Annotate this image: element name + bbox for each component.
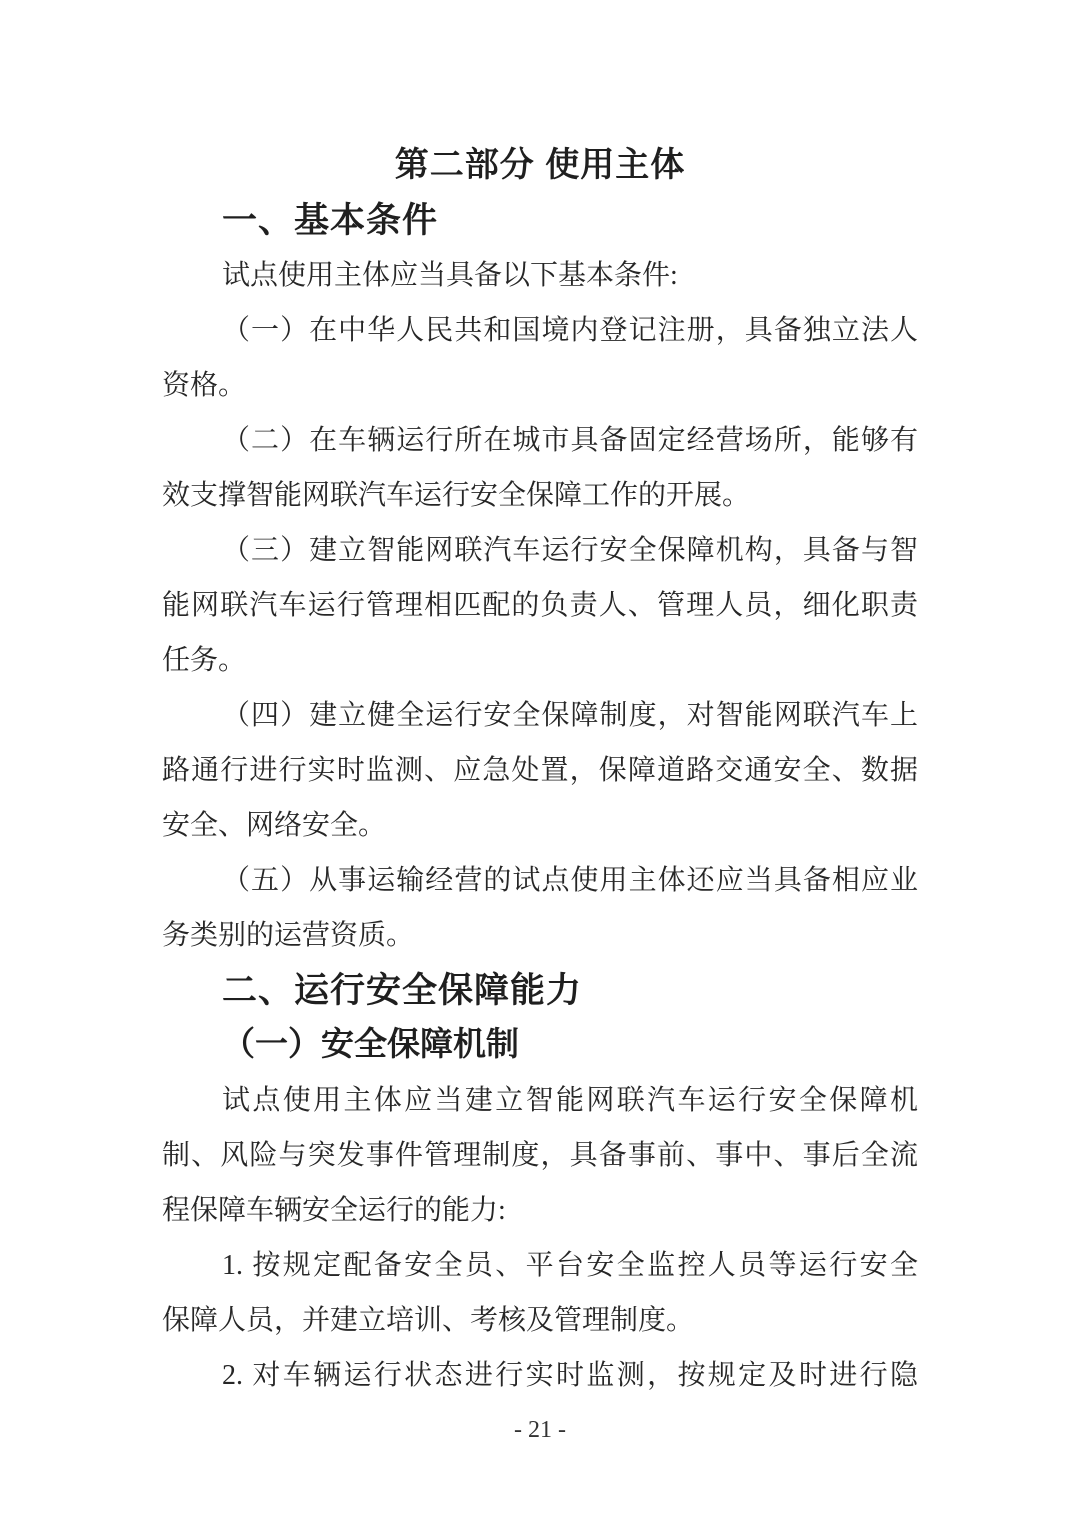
- body-text-line: 任务。: [162, 633, 918, 688]
- body-text-line: 试点使用主体应当具备以下基本条件:: [162, 248, 918, 303]
- body-text-line: 路通行进行实时监测、应急处置，保障道路交通安全、数据: [162, 743, 918, 798]
- body-text-line: 试点使用主体应当建立智能网联汽车运行安全保障机: [162, 1073, 918, 1128]
- body-text-line: 安全、网络安全。: [162, 798, 918, 853]
- document-page: 第二部分 使用主体 一、基本条件试点使用主体应当具备以下基本条件:（一）在中华人…: [0, 0, 1080, 1526]
- body-text-line: 能网联汽车运行管理相匹配的负责人、管理人员，细化职责: [162, 578, 918, 633]
- body-text-line: （一）在中华人民共和国境内登记注册，具备独立法人: [162, 303, 918, 358]
- body-text-line: 效支撑智能网联汽车运行安全保障工作的开展。: [162, 468, 918, 523]
- body-text-line: 程保障车辆安全运行的能力:: [162, 1183, 918, 1238]
- document-title: 第二部分 使用主体: [162, 138, 918, 193]
- body-text-line: 2. 对车辆运行状态进行实时监测，按规定及时进行隐: [162, 1348, 918, 1403]
- body-text-line: （三）建立智能网联汽车运行安全保障机构，具备与智: [162, 523, 918, 578]
- subsection-heading: （一）安全保障机制: [162, 1018, 918, 1073]
- body-text-line: 保障人员，并建立培训、考核及管理制度。: [162, 1293, 918, 1348]
- page-number: - 21 -: [162, 1403, 918, 1458]
- body-text-line: 制、风险与突发事件管理制度，具备事前、事中、事后全流: [162, 1128, 918, 1183]
- section-heading: 二、运行安全保障能力: [162, 963, 918, 1018]
- body-text-line: （五）从事运输经营的试点使用主体还应当具备相应业: [162, 853, 918, 908]
- document-body: 一、基本条件试点使用主体应当具备以下基本条件:（一）在中华人民共和国境内登记注册…: [162, 193, 918, 1403]
- body-text-line: （四）建立健全运行安全保障制度，对智能网联汽车上: [162, 688, 918, 743]
- section-heading: 一、基本条件: [162, 193, 918, 248]
- body-text-line: 资格。: [162, 358, 918, 413]
- body-text-line: 1. 按规定配备安全员、平台安全监控人员等运行安全: [162, 1238, 918, 1293]
- body-text-line: 务类别的运营资质。: [162, 908, 918, 963]
- body-text-line: （二）在车辆运行所在城市具备固定经营场所，能够有: [162, 413, 918, 468]
